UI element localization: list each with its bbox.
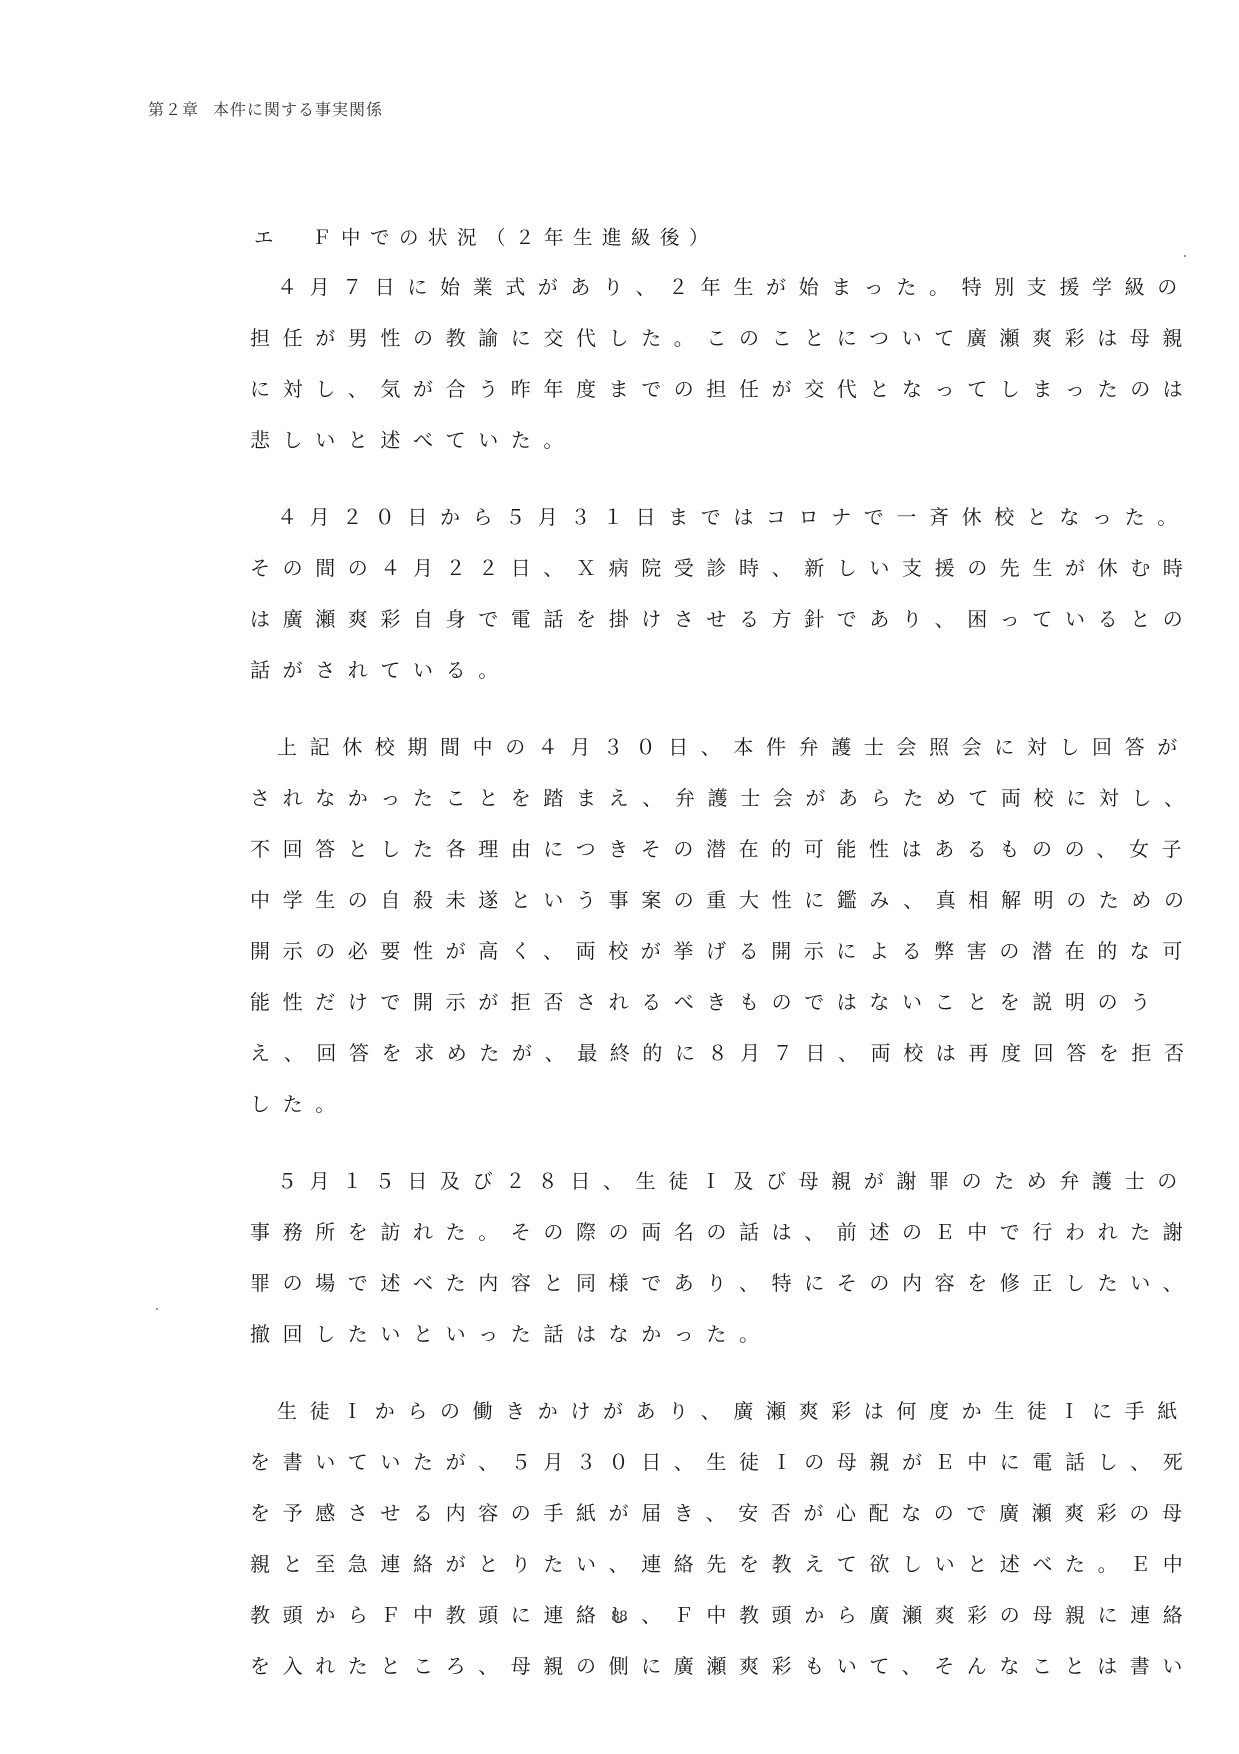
- body-text: ４月７日に始業式があり、２年生が始まった。特別支援学級の 担任が男性の教諭に交代…: [277, 262, 1077, 1692]
- scan-speck: [1184, 255, 1186, 257]
- scan-speck: [156, 1308, 158, 1310]
- text-line: 事務所を訪れた。その際の両名の話は、前述のＥ中で行われた謝: [250, 1207, 1077, 1258]
- page-number: 88: [0, 1608, 1239, 1626]
- text-line: 開示の必要性が高く、両校が挙げる開示による弊害の潜在的な可: [250, 926, 1077, 977]
- paragraph: 生徒Ｉからの働きかけがあり、廣瀬爽彩は何度か生徒Ｉに手紙 を書いていたが、５月３…: [277, 1386, 1077, 1692]
- text-line: ４月２０日から５月３１日まではコロナで一斉休校となった。: [277, 492, 1077, 543]
- paragraph: ４月７日に始業式があり、２年生が始まった。特別支援学級の 担任が男性の教諭に交代…: [277, 262, 1077, 466]
- paragraph: ４月２０日から５月３１日まではコロナで一斉休校となった。 その間の４月２２日、Ｘ…: [277, 492, 1077, 696]
- text-line: 担任が男性の教諭に交代した。このことについて廣瀬爽彩は母親: [250, 313, 1077, 364]
- text-line: を入れたところ、母親の側に廣瀬爽彩もいて、そんなことは書い: [250, 1641, 1077, 1692]
- text-line: は廣瀬爽彩自身で電話を掛けさせる方針であり、困っているとの: [250, 594, 1077, 645]
- text-line: を書いていたが、５月３０日、生徒Ｉの母親がＥ中に電話し、死: [250, 1437, 1077, 1488]
- text-line: 悲しいと述べていた。: [250, 415, 1077, 466]
- chapter-title: 本件に関する事実関係: [213, 100, 383, 119]
- text-line: 罪の場で述べた内容と同様であり、特にその内容を修正したい、: [250, 1258, 1077, 1309]
- chapter-number: 第２章: [148, 100, 199, 119]
- text-line: え、回答を求めたが、最終的に８月７日、両校は再度回答を拒否: [250, 1028, 1077, 1079]
- section-title: Ｆ中での状況（２年生進級後）: [312, 226, 718, 249]
- text-line: 不回答とした各理由につきその潜在的可能性はあるものの、女子: [250, 824, 1077, 875]
- text-line: 生徒Ｉからの働きかけがあり、廣瀬爽彩は何度か生徒Ｉに手紙: [277, 1386, 1077, 1437]
- section-marker: エ: [254, 222, 312, 250]
- document-page: 第２章本件に関する事実関係 エＦ中での状況（２年生進級後） ４月７日に始業式があ…: [0, 0, 1239, 1754]
- text-line: に対し、気が合う昨年度までの担任が交代となってしまったのは: [250, 364, 1077, 415]
- section-heading: エＦ中での状況（２年生進級後）: [254, 222, 718, 250]
- paragraph: ５月１５日及び２８日、生徒Ｉ及び母親が謝罪のため弁護士の 事務所を訪れた。その際…: [277, 1156, 1077, 1360]
- text-line: 能性だけで開示が拒否されるべきものではないことを説明のう: [250, 977, 1077, 1028]
- text-line: ５月１５日及び２８日、生徒Ｉ及び母親が謝罪のため弁護士の: [277, 1156, 1077, 1207]
- text-line: した。: [250, 1079, 1077, 1130]
- text-line: を予感させる内容の手紙が届き、安否が心配なので廣瀬爽彩の母: [250, 1488, 1077, 1539]
- text-line: 中学生の自殺未遂という事案の重大性に鑑み、真相解明のための: [250, 875, 1077, 926]
- text-line: その間の４月２２日、Ｘ病院受診時、新しい支援の先生が休む時: [250, 543, 1077, 594]
- text-line: 親と至急連絡がとりたい、連絡先を教えて欲しいと述べた。Ｅ中: [250, 1539, 1077, 1590]
- text-line: 上記休校期間中の４月３０日、本件弁護士会照会に対し回答が: [277, 722, 1077, 773]
- paragraph: 上記休校期間中の４月３０日、本件弁護士会照会に対し回答が されなかったことを踏ま…: [277, 722, 1077, 1130]
- text-line: されなかったことを踏まえ、弁護士会があらためて両校に対し、: [250, 773, 1077, 824]
- text-line: 撤回したいといった話はなかった。: [250, 1309, 1077, 1360]
- text-line: ４月７日に始業式があり、２年生が始まった。特別支援学級の: [277, 262, 1077, 313]
- text-line: 話がされている。: [250, 645, 1077, 696]
- running-header: 第２章本件に関する事実関係: [148, 97, 383, 120]
